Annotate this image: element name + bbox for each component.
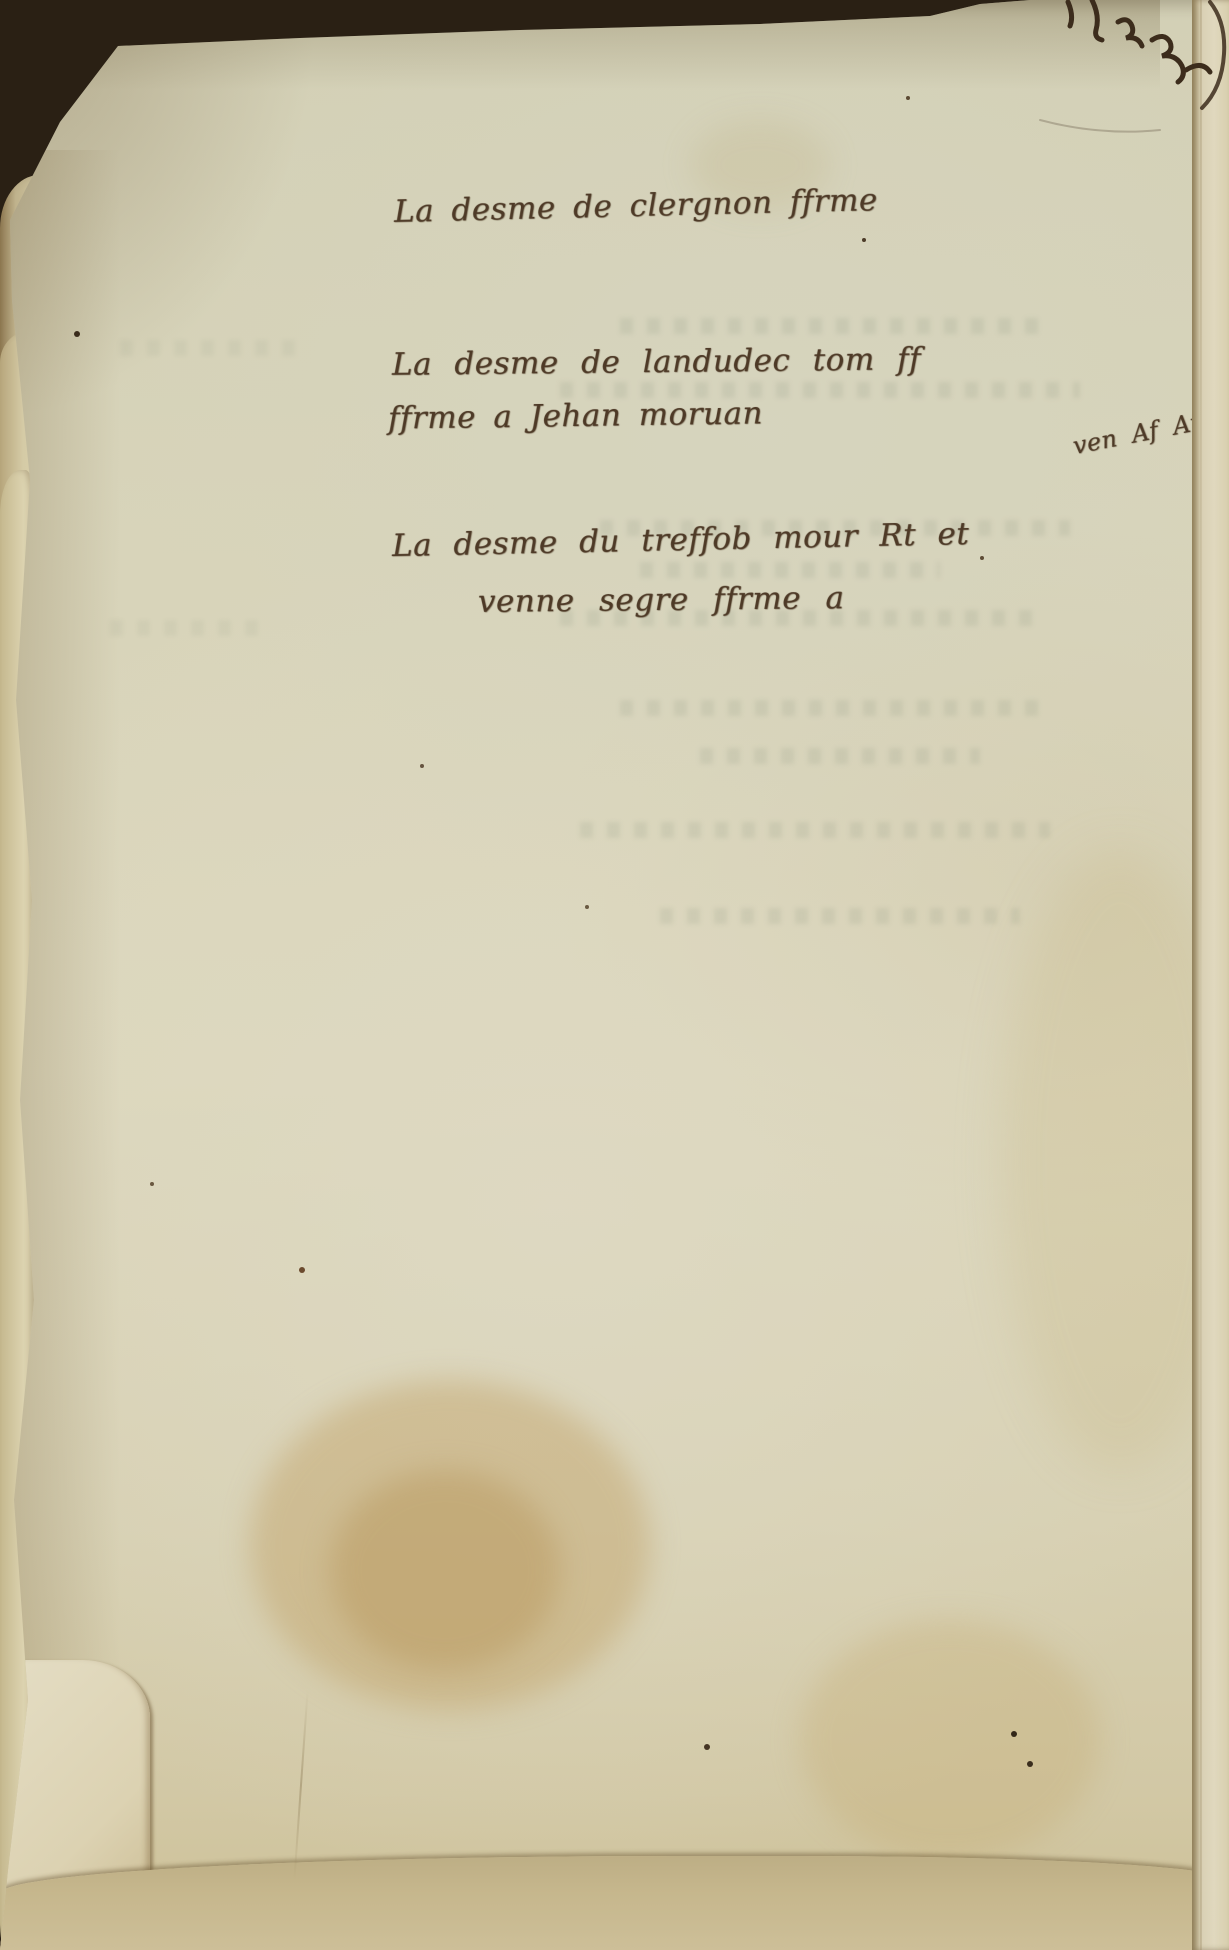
showthrough-line <box>560 382 1080 398</box>
showthrough-line <box>620 318 1050 334</box>
entry-1-line-1: La desme de clergnon ffrme <box>394 182 879 230</box>
manuscript-page: La desme de clergnon ffrme La desme de l… <box>0 0 1229 1950</box>
ink-specks <box>0 0 4 4</box>
bottom-stained-band <box>0 1856 1229 1950</box>
page-edge-streak <box>1200 0 1202 1950</box>
stain <box>800 1620 1100 1860</box>
showthrough-line <box>620 700 1040 716</box>
showthrough-line <box>580 822 1050 838</box>
photograph: La desme de clergnon ffrme La desme de l… <box>0 0 1229 1950</box>
crease <box>293 1690 308 1880</box>
showthrough-line <box>700 748 980 764</box>
entry-3-line-1: La desme du treffob mour Rt et <box>392 516 970 564</box>
facing-page-edge <box>1192 0 1229 1950</box>
stain <box>330 1470 560 1670</box>
showthrough-line <box>110 620 270 636</box>
showthrough-line <box>660 908 1020 924</box>
entry-2-line-1: La desme de landudec tom ff <box>392 341 921 383</box>
margin-note: ven Af At <box>1071 408 1203 460</box>
showthrough-line <box>640 562 940 578</box>
top-edge-shadow <box>60 0 1160 90</box>
entry-3-line-2: venne segre ffrme a <box>478 580 845 620</box>
entry-2-line-2: ffrme a Jehan moruan <box>388 395 763 436</box>
stain <box>250 1380 650 1710</box>
